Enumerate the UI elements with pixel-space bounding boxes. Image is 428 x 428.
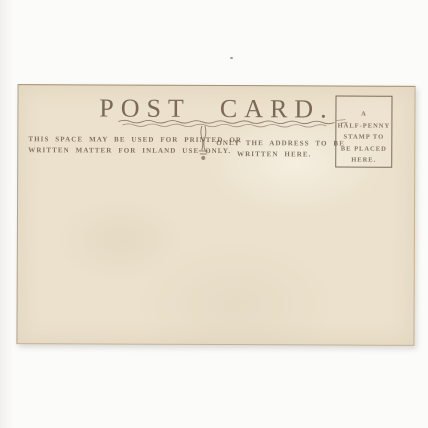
- dust-speck: [230, 57, 233, 59]
- instruction-right-line1: ONLY THE ADDRESS TO BE: [216, 139, 345, 148]
- stamp-box: A HALF-PENNY STAMP TO BE PLACED HERE.: [335, 96, 392, 168]
- instruction-left-line2: WRITTEN MATTER FOR INLAND USE ONLY.: [28, 146, 231, 155]
- postcard: POST CARD. THIS SPACE MAY BE USED FOR PR…: [16, 84, 415, 346]
- stamp-box-line: A: [336, 109, 391, 121]
- instruction-right: ONLY THE ADDRESS TO BE WRITTEN HERE.: [216, 138, 332, 160]
- scan-background: POST CARD. THIS SPACE MAY BE USED FOR PR…: [0, 0, 428, 428]
- instruction-right-line2: WRITTEN HERE.: [237, 150, 312, 158]
- stamp-box-line: HERE.: [336, 155, 391, 167]
- stamp-box-line: STAMP TO: [336, 132, 391, 144]
- stamp-box-line: BE PLACED: [336, 143, 391, 155]
- stamp-box-line: HALF-PENNY: [336, 120, 391, 132]
- instruction-left-line1: THIS SPACE MAY BE USED FOR PRINTED OR: [28, 135, 242, 144]
- instruction-left: THIS SPACE MAY BE USED FOR PRINTED OR WR…: [28, 134, 206, 156]
